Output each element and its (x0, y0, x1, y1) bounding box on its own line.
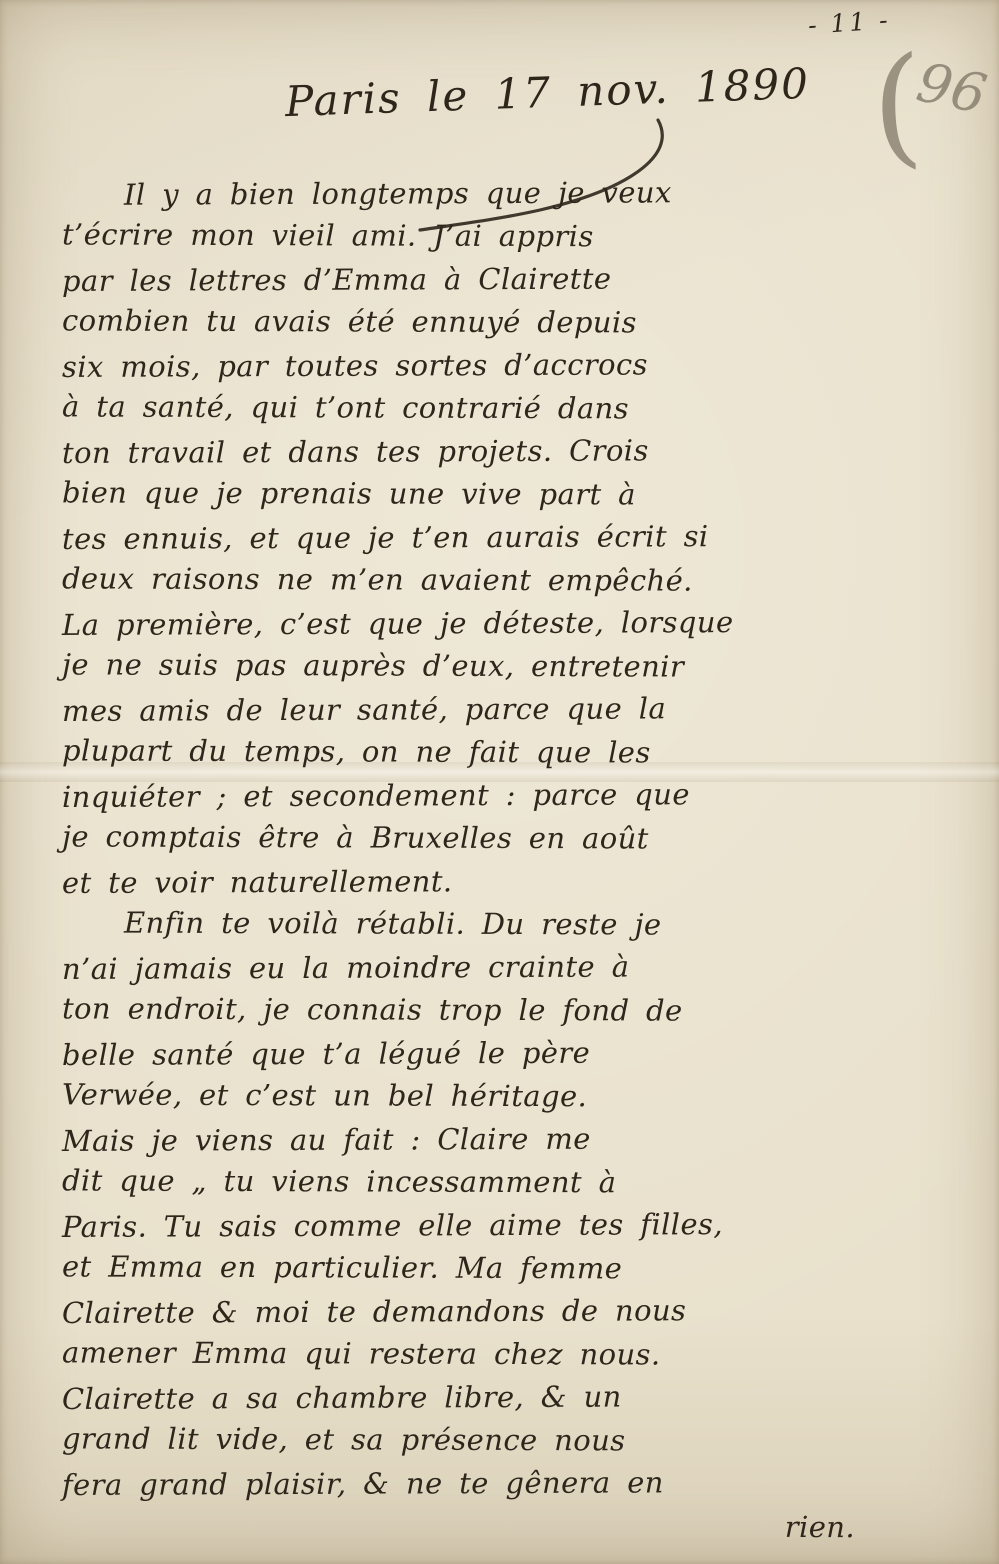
letter-line: Clairette a sa chambre libre, & un (62, 1374, 973, 1421)
letter-line: par les lettres d’Emma à Clairette (62, 256, 973, 303)
letter-line: ton endroit, je connais trop le fond de (62, 987, 973, 1033)
letter-line: à ta santé, qui t’ont contrarié dans (62, 385, 973, 431)
letter-line: inquiéter ; et secondement : parce que (62, 772, 973, 819)
letter-line: Clairette & moi te demandons de nous (62, 1288, 973, 1335)
letter-line: amener Emma qui restera chez nous. (62, 1331, 973, 1377)
dateline: Paris le 17 nov. 1890 (284, 59, 805, 126)
letter-line: n’ai jamais eu la moindre crainte à (62, 944, 973, 991)
letter-body: Il y a bien longtemps que je veuxt’écrir… (62, 172, 973, 1548)
letter-line: Paris. Tu sais comme elle aime tes fille… (62, 1202, 973, 1249)
letter-line: Verwée, et c’est un bel héritage. (62, 1073, 973, 1119)
letter-line: je ne suis pas auprès d’eux, entretenir (62, 643, 973, 689)
archival-pencil-mark: ( 96 (868, 38, 928, 171)
letter-line: deux raisons ne m’en avaient empêché. (62, 557, 973, 603)
letter-line: Enfin te voilà rétabli. Du reste je (62, 901, 973, 947)
letter-line: bien que je prenais une vive part à (62, 471, 973, 517)
letter-line: je comptais être à Bruxelles en août (62, 815, 973, 861)
letter-line: La première, c’est que je déteste, lorsq… (62, 600, 973, 647)
letter-line: Mais je viens au fait : Claire me (62, 1116, 973, 1163)
letter-page: - 11 - ( 96 Paris le 17 nov. 1890 Il y a… (0, 0, 999, 1564)
archival-number: 96 (912, 55, 990, 122)
letter-line: Il y a bien longtemps que je veux (62, 170, 973, 217)
letter-line: ton travail et dans tes projets. Crois (62, 428, 973, 475)
letter-line: six mois, par toutes sortes d’accrocs (62, 342, 973, 389)
letter-line: dit que „ tu viens incessamment à (62, 1159, 973, 1205)
letter-line: plupart du temps, on ne fait que les (62, 729, 973, 775)
letter-line: tes ennuis, et que je t’en aurais écrit … (62, 514, 973, 561)
letter-line: grand lit vide, et sa présence nous (62, 1417, 973, 1463)
letter-line: et te voir naturellement. (62, 858, 973, 905)
letter-line: fera grand plaisir, & ne te gênera en (62, 1460, 973, 1507)
letter-line: t’écrire mon vieil ami. J’ai appris (62, 213, 973, 259)
letter-line: mes amis de leur santé, parce que la (62, 686, 973, 733)
letter-line: combien tu avais été ennuyé depuis (62, 299, 973, 345)
letter-line: et Emma en particulier. Ma femme (62, 1245, 973, 1291)
letter-line: belle santé que t’a légué le père (62, 1030, 973, 1077)
letter-line: rien. (62, 1503, 973, 1549)
